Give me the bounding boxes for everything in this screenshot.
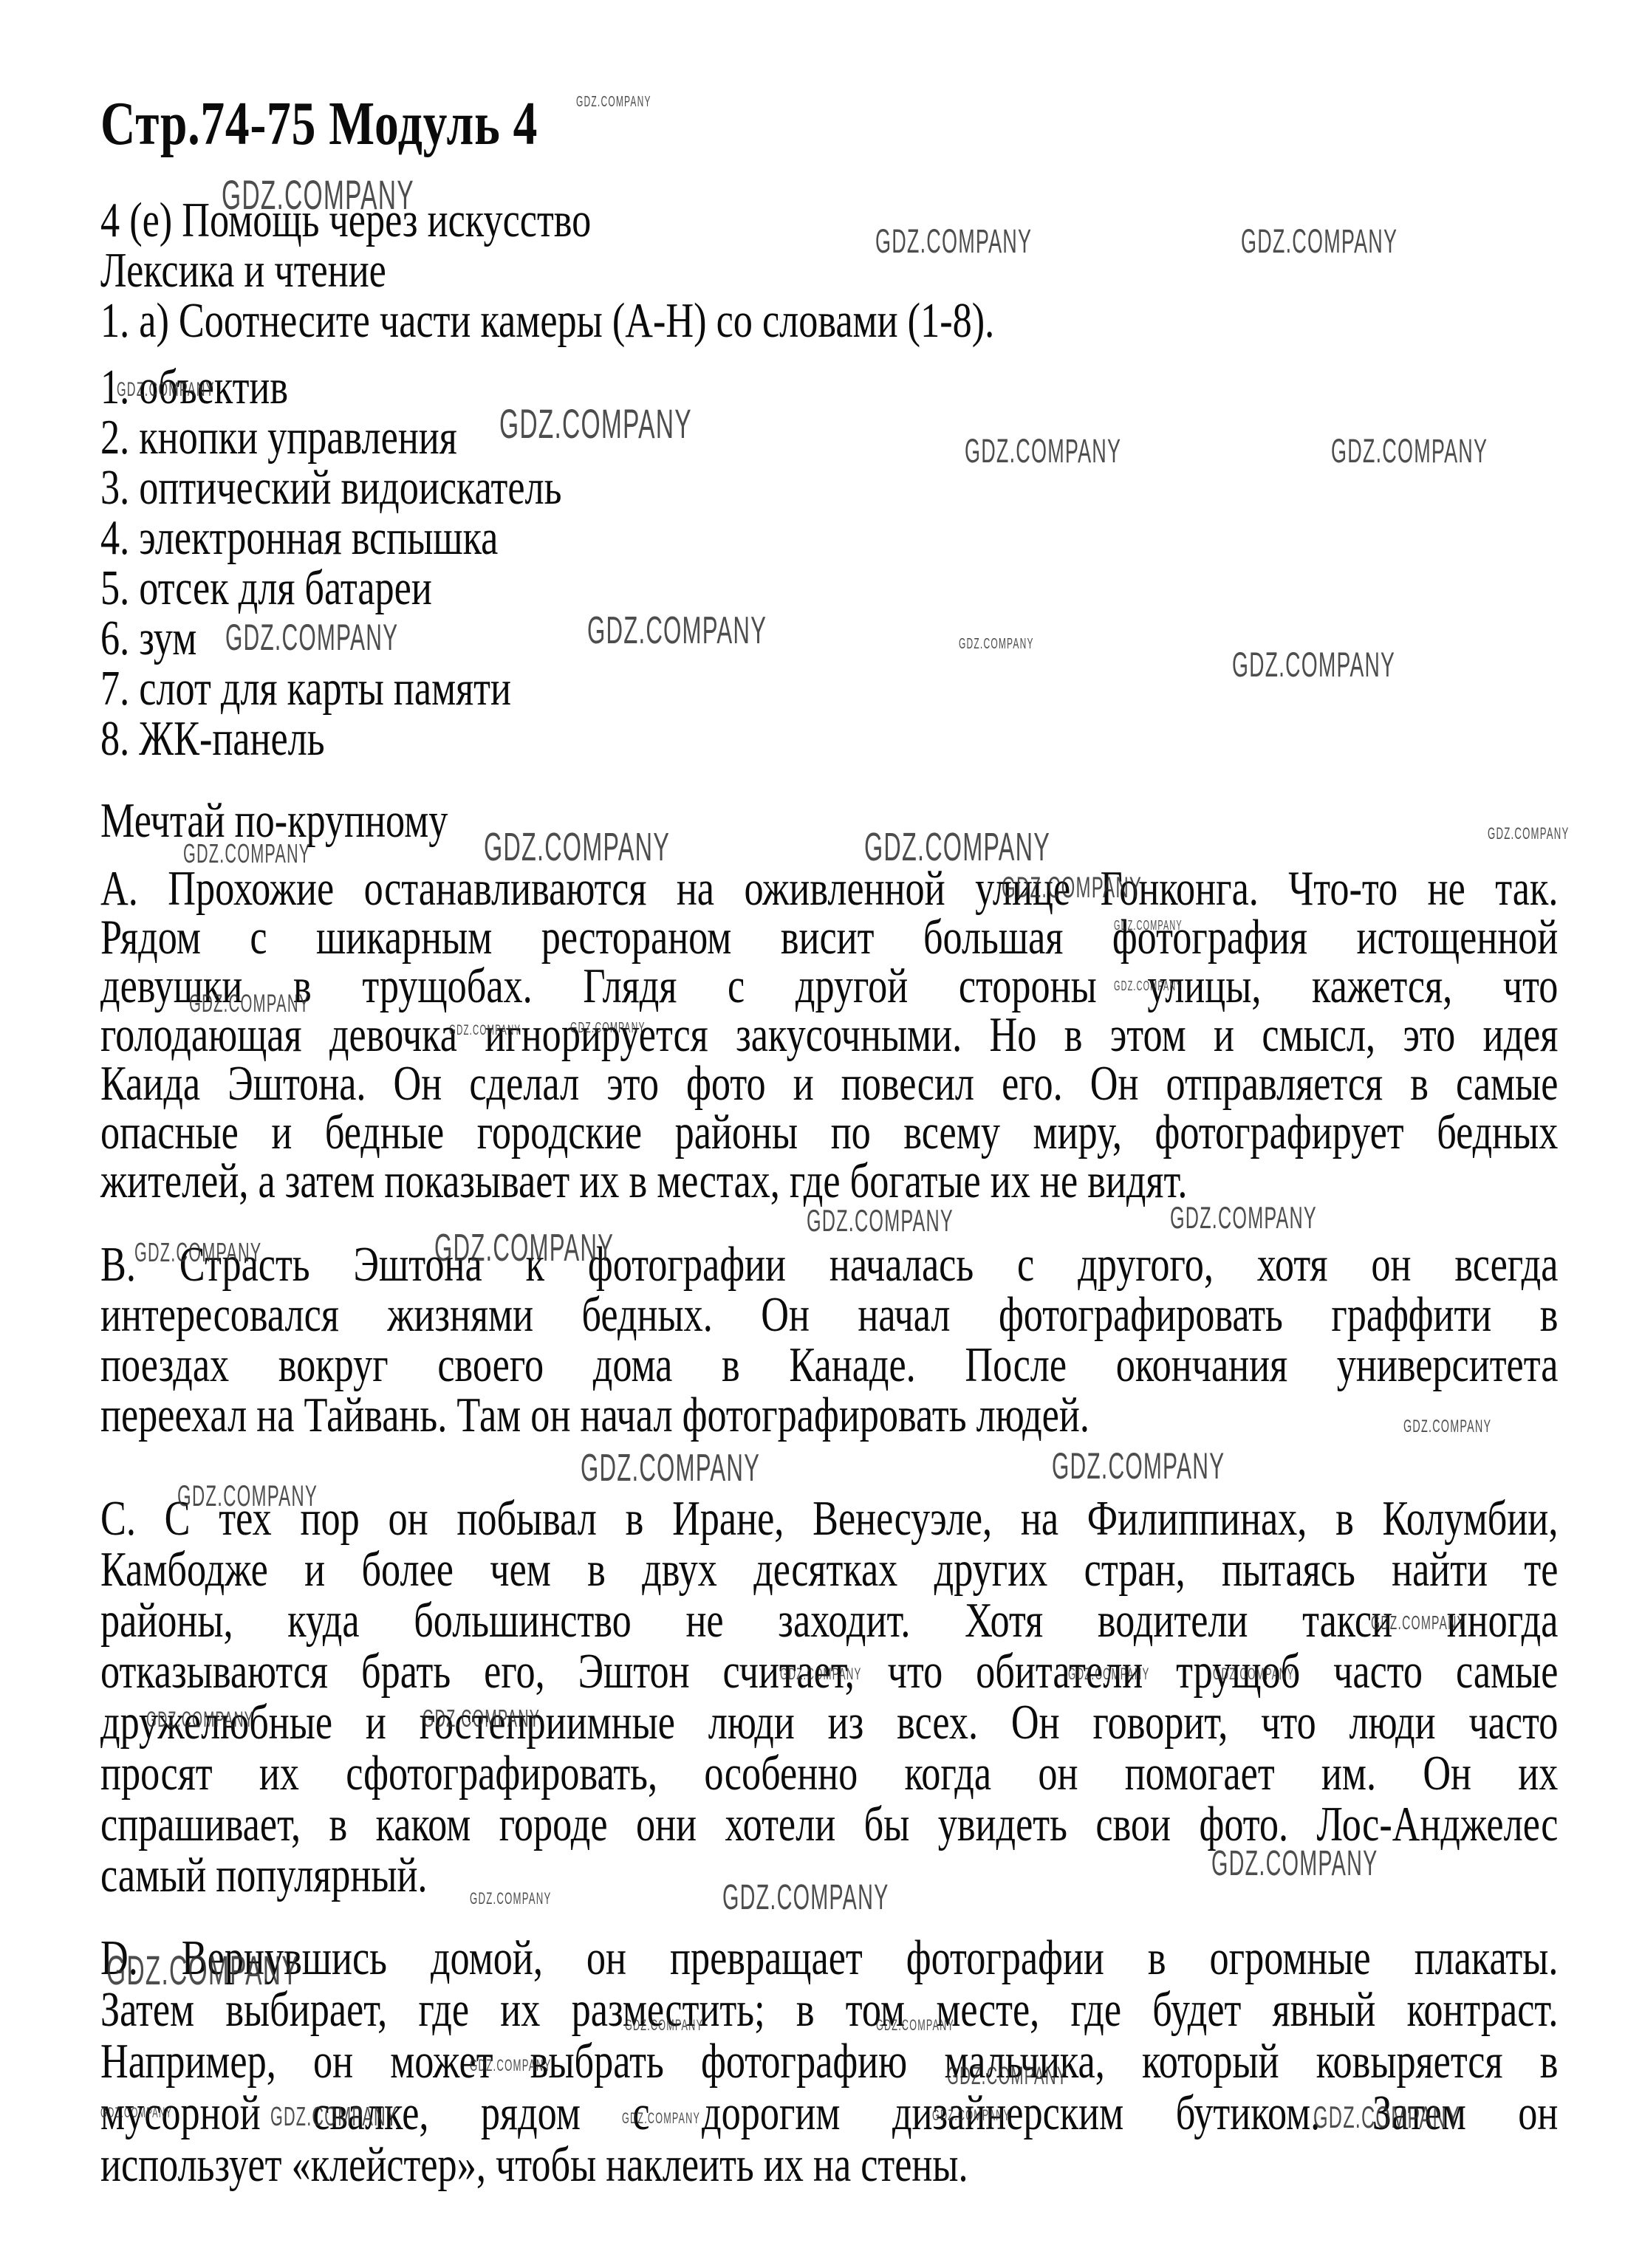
- text-line: Камбодже и более чем в двух десятках дру…: [100, 1544, 1558, 1595]
- text-line: девушки в трущобах. Глядя с другой сторо…: [100, 962, 1558, 1010]
- list-item: 8. ЖК-панель: [100, 713, 1558, 764]
- reading-title: Мечтай по-крупному: [100, 795, 1558, 846]
- text-line: спрашивает, в каком городе они хотели бы…: [100, 1799, 1558, 1850]
- text-line: интересовался жизнями бедных. Он начал ф…: [100, 1289, 1558, 1340]
- document-content: Стр.74-75 Модуль 4 4 (e) Помощь через ис…: [100, 0, 1558, 2268]
- text-line: Каида Эштона. Он сделал это фото и повес…: [100, 1059, 1558, 1108]
- text-line: D. Вернувшись домой, он превращает фотог…: [100, 1932, 1558, 1984]
- list-item: 3. оптический видоискатель: [100, 462, 1558, 513]
- text-line: использует «клейстер», чтобы наклеить их…: [100, 2139, 1558, 2190]
- text-line: жителей, а затем показывает их в местах,…: [100, 1157, 1558, 1205]
- section-title: 4 (e) Помощь через искусство: [100, 195, 1558, 245]
- paragraph-b: В. Страсть Эштона к фотографии началась …: [100, 1239, 1558, 1440]
- text-line: В. Страсть Эштона к фотографии началась …: [100, 1239, 1558, 1289]
- section-subtitle: Лексика и чтение: [100, 245, 1558, 295]
- text-line: Затем выбирает, где их разместить; в том…: [100, 1984, 1558, 2035]
- text-line: просят их сфотографировать, особенно ког…: [100, 1748, 1558, 1799]
- page-title: Стр.74-75 Модуль 4: [100, 87, 1558, 161]
- text-line: А. Прохожие останавливаются на оживленно…: [100, 864, 1558, 913]
- text-line: мусорной свалке, рядом с дорогим дизайне…: [100, 2087, 1558, 2139]
- list-item: 1. объектив: [100, 362, 1558, 412]
- paragraph-c: С. С тех пор он побывал в Иране, Венесуэ…: [100, 1493, 1558, 1901]
- list-item: 4. электронная вспышка: [100, 513, 1558, 563]
- text-line: Рядом с шикарным рестораном висит больша…: [100, 913, 1558, 962]
- task-header-block: 4 (e) Помощь через искусство Лексика и ч…: [100, 195, 1558, 346]
- camera-parts-list: 1. объектив 2. кнопки управления 3. опти…: [100, 362, 1558, 764]
- text-line: Например, он может выбрать фотографию ма…: [100, 2035, 1558, 2087]
- paragraph-d: D. Вернувшись домой, он превращает фотог…: [100, 1932, 1558, 2190]
- task-instruction: 1. а) Соотнесите части камеры (A-H) со с…: [100, 295, 1558, 346]
- text-line: переехал на Тайвань. Там он начал фотогр…: [100, 1390, 1558, 1440]
- paragraph-a: А. Прохожие останавливаются на оживленно…: [100, 864, 1558, 1205]
- text-line: районы, куда большинство не заходит. Хот…: [100, 1595, 1558, 1646]
- list-item: 7. слот для карты памяти: [100, 663, 1558, 713]
- text-line: самый популярный.: [100, 1850, 1558, 1901]
- text-line: голодающая девочка игнорируется закусочн…: [100, 1010, 1558, 1059]
- list-item: 2. кнопки управления: [100, 412, 1558, 462]
- text-line: дружелюбные и гостеприимные люди из всех…: [100, 1697, 1558, 1748]
- reading-title-block: Мечтай по-крупному: [100, 795, 1558, 846]
- text-line: поездах вокруг своего дома в Канаде. Пос…: [100, 1340, 1558, 1390]
- list-item: 6. зум: [100, 613, 1558, 663]
- list-item: 5. отсек для батареи: [100, 563, 1558, 613]
- text-line: С. С тех пор он побывал в Иране, Венесуэ…: [100, 1493, 1558, 1544]
- text-line: отказываются брать его, Эштон считает, ч…: [100, 1646, 1558, 1697]
- text-line: опасные и бедные городские районы по все…: [100, 1108, 1558, 1157]
- document-page: Стр.74-75 Модуль 4 4 (e) Помощь через ис…: [0, 0, 1642, 2268]
